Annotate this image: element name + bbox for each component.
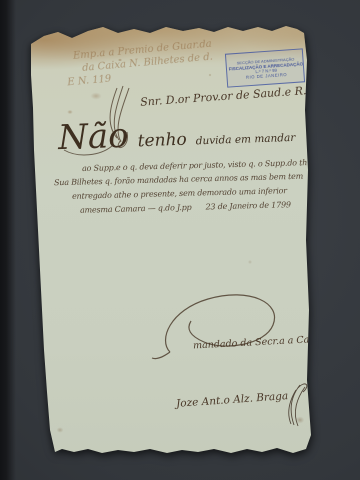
body-line: ao Supp.e o q. deva deferir por justo, v…: [82, 158, 314, 173]
body-line: Sua Bilhetes q. forão mandadas ha cerca …: [54, 172, 303, 188]
opening-word-medium: tenho: [137, 130, 187, 152]
body-line-with-date: amesma Camara — q.do J.pp 23 de Janeiro …: [80, 200, 291, 215]
archive-stamp: SECÇÃO DE ADMINISTRAÇÃO FISCALIZAÇÃO E A…: [225, 48, 305, 87]
body-opening-line: Não tenho duvida em mandar: [57, 110, 295, 158]
photo-backdrop: Emp.a a Premio de Guar.da da Caixa N. Bi…: [0, 0, 360, 480]
manuscript-paper: Emp.a a Premio de Guar.da da Caixa N. Bi…: [0, 0, 360, 480]
closing-line: mandado da Secr.a a Cam.a: [193, 333, 327, 351]
date-text: 23 de Janeiro de 1799: [205, 200, 291, 211]
opening-word-small: duvida em mandar: [196, 132, 296, 147]
salutation-line: Snr. D.or Prov.or de Saud.e R.: [140, 84, 307, 109]
body-line: amesma Camara — q.do J.pp: [80, 203, 192, 215]
stamp-line: RIO DE JANEIRO: [246, 72, 287, 80]
body-line: entregado athe o presente, sem demorado …: [72, 186, 287, 201]
faded-header: Emp.a a Premio de Guar.da da Caixa N. Bi…: [65, 38, 215, 90]
signature-line: Joze Ant.o Alz. Braga: [176, 390, 289, 410]
archive-stamp-text: SECÇÃO DE ADMINISTRAÇÃO FISCALIZAÇÃO E A…: [226, 49, 305, 87]
paper-shadow-wrap: Emp.a a Premio de Guar.da da Caixa N. Bi…: [0, 0, 360, 480]
opening-word-large: Não: [57, 116, 129, 158]
signature-rubric: [289, 384, 307, 426]
